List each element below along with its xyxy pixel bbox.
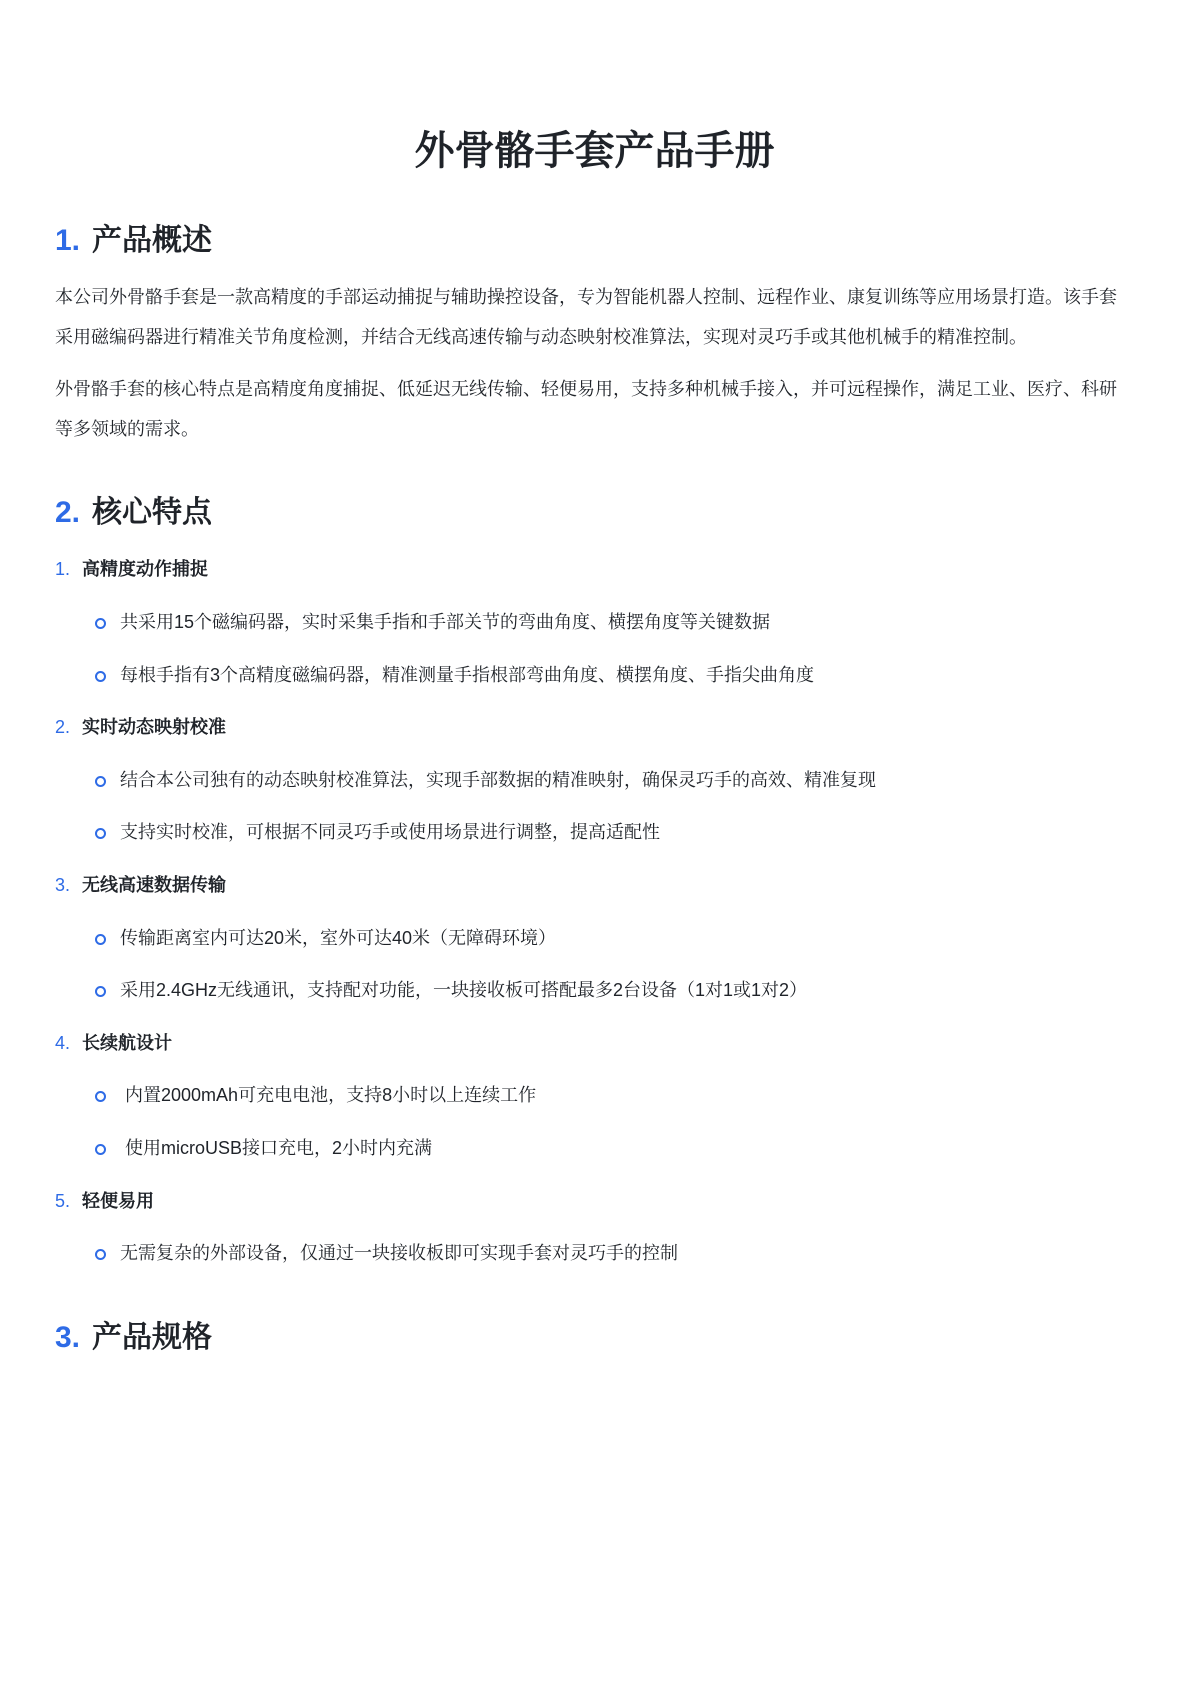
feature-1-bullets: 共采用15个磁编码器，实时采集手指和手部关节的弯曲角度、横摆角度等关键数据 每根… <box>55 603 1134 695</box>
bullet-text: 传输距离室内可达20米，室外可达40米（无障碍环境） <box>120 919 556 959</box>
feature-5-bullets: 无需复杂的外部设备，仅通过一块接收板即可实现手套对灵巧手的控制 <box>55 1234 1134 1274</box>
bottom-whitespace <box>55 1375 1134 1535</box>
bullet-text: 内置2000mAh可充电电池，支持8小时以上连续工作 <box>120 1076 536 1116</box>
list-item: 共采用15个磁编码器，实时采集手指和手部关节的弯曲角度、横摆角度等关键数据 <box>95 603 1134 643</box>
bullet-circle-icon <box>95 986 106 997</box>
bullet-text: 结合本公司独有的动态映射校准算法，实现手部数据的精准映射，确保灵巧手的高效、精准… <box>120 761 876 801</box>
feature-3-number: 3. <box>55 866 82 906</box>
list-item: 结合本公司独有的动态映射校准算法，实现手部数据的精准映射，确保灵巧手的高效、精准… <box>95 761 1134 801</box>
feature-3-title-row: 3. 无线高速数据传输 <box>55 866 1134 906</box>
document-page: 外骨骼手套产品手册 1.产品概述 本公司外骨骼手套是一款高精度的手部运动捕捉与辅… <box>0 0 1189 1681</box>
bullet-circle-icon <box>95 776 106 787</box>
feature-item-5: 5. 轻便易用 无需复杂的外部设备，仅通过一块接收板即可实现手套对灵巧手的控制 <box>55 1182 1134 1274</box>
bullet-circle-icon <box>95 1249 106 1260</box>
feature-5-title: 轻便易用 <box>82 1182 154 1222</box>
section-overview-heading: 1.产品概述 <box>55 221 1134 260</box>
overview-paragraph-2: 外骨骼手套的核心特点是高精度角度捕捉、低延迟无线传输、轻便易用，支持多种机械手接… <box>55 370 1134 449</box>
bullet-text: 每根手指有3个高精度磁编码器，精准测量手指根部弯曲角度、横摆角度、手指尖曲角度 <box>120 656 814 696</box>
bullet-circle-icon <box>95 618 106 629</box>
feature-3-bullets: 传输距离室内可达20米，室外可达40米（无障碍环境） 采用2.4GHz无线通讯，… <box>55 919 1134 1011</box>
feature-item-4: 4. 长续航设计 内置2000mAh可充电电池，支持8小时以上连续工作 使用mi… <box>55 1024 1134 1169</box>
list-item: 采用2.4GHz无线通讯，支持配对功能，一块接收板可搭配最多2台设备（1对1或1… <box>95 971 1134 1011</box>
feature-1-title: 高精度动作捕捉 <box>82 550 208 590</box>
bullet-circle-icon <box>95 1091 106 1102</box>
feature-5-title-row: 5. 轻便易用 <box>55 1182 1134 1222</box>
bullet-circle-icon <box>95 934 106 945</box>
section-overview-number: 1. <box>55 224 80 257</box>
overview-paragraph-1: 本公司外骨骼手套是一款高精度的手部运动捕捉与辅助操控设备，专为智能机器人控制、远… <box>55 278 1134 357</box>
bullet-circle-icon <box>95 1144 106 1155</box>
feature-4-bullets: 内置2000mAh可充电电池，支持8小时以上连续工作 使用microUSB接口充… <box>55 1076 1134 1168</box>
bullet-text: 共采用15个磁编码器，实时采集手指和手部关节的弯曲角度、横摆角度等关键数据 <box>120 603 770 643</box>
section-features-heading: 2.核心特点 <box>55 493 1134 532</box>
bullet-text: 使用microUSB接口充电，2小时内充满 <box>120 1129 432 1169</box>
list-item: 传输距离室内可达20米，室外可达40米（无障碍环境） <box>95 919 1134 959</box>
section-features-number: 2. <box>55 496 80 529</box>
list-item: 支持实时校准，可根据不同灵巧手或使用场景进行调整，提高适配性 <box>95 813 1134 853</box>
bullet-circle-icon <box>95 828 106 839</box>
feature-list: 1. 高精度动作捕捉 共采用15个磁编码器，实时采集手指和手部关节的弯曲角度、横… <box>55 550 1134 1273</box>
section-features-title: 核心特点 <box>92 496 212 529</box>
feature-5-number: 5. <box>55 1182 82 1222</box>
bullet-text: 采用2.4GHz无线通讯，支持配对功能，一块接收板可搭配最多2台设备（1对1或1… <box>120 971 807 1011</box>
bullet-text: 无需复杂的外部设备，仅通过一块接收板即可实现手套对灵巧手的控制 <box>120 1234 678 1274</box>
feature-2-bullets: 结合本公司独有的动态映射校准算法，实现手部数据的精准映射，确保灵巧手的高效、精准… <box>55 761 1134 853</box>
list-item: 内置2000mAh可充电电池，支持8小时以上连续工作 <box>95 1076 1134 1116</box>
bullet-circle-icon <box>95 671 106 682</box>
feature-3-title: 无线高速数据传输 <box>82 866 226 906</box>
feature-1-title-row: 1. 高精度动作捕捉 <box>55 550 1134 590</box>
list-item: 无需复杂的外部设备，仅通过一块接收板即可实现手套对灵巧手的控制 <box>95 1234 1134 1274</box>
section-specs-heading: 3.产品规格 <box>55 1318 1134 1357</box>
feature-1-number: 1. <box>55 550 82 590</box>
bullet-text: 支持实时校准，可根据不同灵巧手或使用场景进行调整，提高适配性 <box>120 813 660 853</box>
feature-2-title-row: 2. 实时动态映射校准 <box>55 708 1134 748</box>
feature-4-title-row: 4. 长续航设计 <box>55 1024 1134 1064</box>
feature-2-number: 2. <box>55 708 82 748</box>
feature-item-1: 1. 高精度动作捕捉 共采用15个磁编码器，实时采集手指和手部关节的弯曲角度、横… <box>55 550 1134 695</box>
section-specs-title: 产品规格 <box>92 1321 212 1354</box>
feature-4-number: 4. <box>55 1024 82 1064</box>
list-item: 使用microUSB接口充电，2小时内充满 <box>95 1129 1134 1169</box>
feature-item-3: 3. 无线高速数据传输 传输距离室内可达20米，室外可达40米（无障碍环境） 采… <box>55 866 1134 1011</box>
feature-item-2: 2. 实时动态映射校准 结合本公司独有的动态映射校准算法，实现手部数据的精准映射… <box>55 708 1134 853</box>
feature-4-title: 长续航设计 <box>82 1024 172 1064</box>
doc-title: 外骨骼手套产品手册 <box>55 125 1134 177</box>
section-overview-title: 产品概述 <box>92 224 212 257</box>
section-specs-number: 3. <box>55 1321 80 1354</box>
feature-2-title: 实时动态映射校准 <box>82 708 226 748</box>
list-item: 每根手指有3个高精度磁编码器，精准测量手指根部弯曲角度、横摆角度、手指尖曲角度 <box>95 656 1134 696</box>
